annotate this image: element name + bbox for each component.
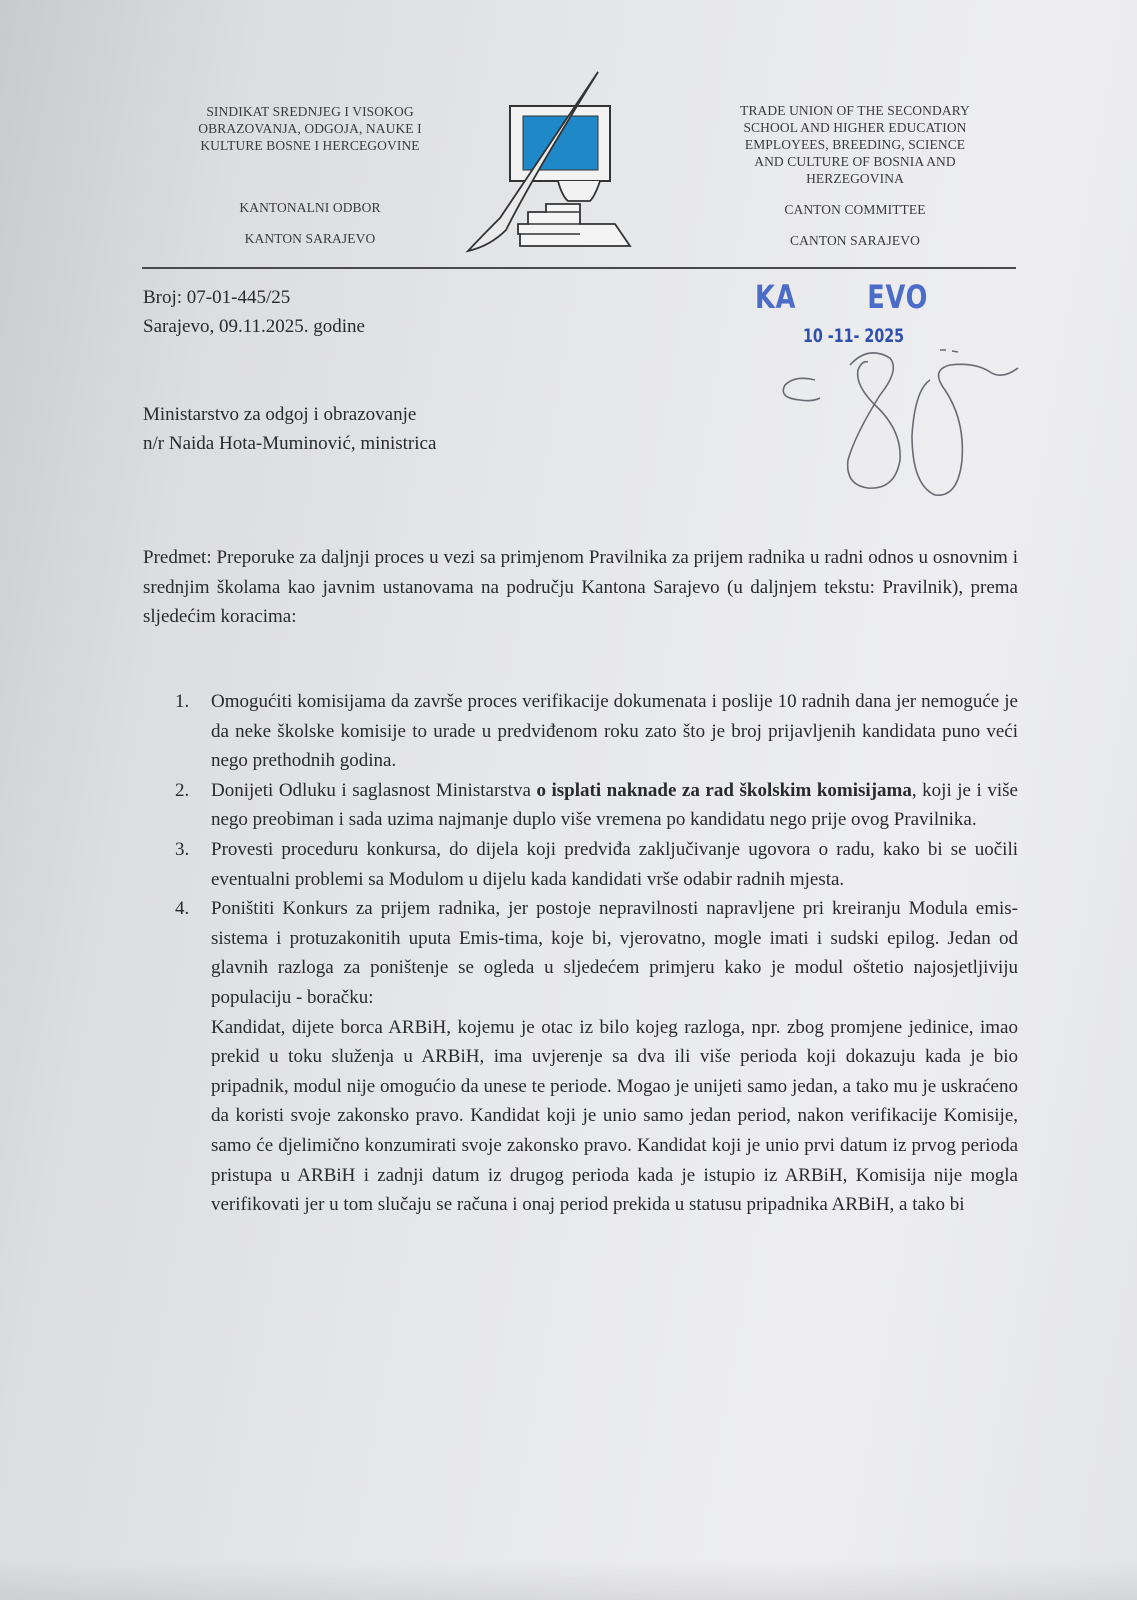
recipient-block: Ministarstvo za odgoj i obrazovanje n/r … [143,400,436,458]
committee-label: KANTONALNI ODBOR [165,199,455,216]
reference-number: Broj: 07-01-445/25 [143,283,365,312]
item-text-emphasis: o isplati naknade za rad školskim komisi… [536,780,911,801]
canton-label: KANTON SARAJEVO [165,230,455,247]
list-item: 4. Poništiti Konkurs za prijem radnika, … [175,894,1018,1220]
item-text: Provesti proceduru konkursa, do dijela k… [211,835,1018,894]
list-item: 2. Donijeti Odluku i saglasnost Ministar… [175,776,1018,835]
org-name-line: KULTURE BOSNE I HERCEGOVINE [165,137,455,154]
letterhead-right: TRADE UNION OF THE SECONDARY SCHOOL AND … [710,102,1000,249]
computer-and-quill-logo-icon [440,68,660,258]
item-text: Omogućiti komisijama da završe proces ve… [211,687,1018,776]
list-item: 3. Provesti proceduru konkursa, do dijel… [175,835,1018,894]
recipient-institution: Ministarstvo za odgoj i obrazovanje [143,400,436,429]
header-divider [142,267,1016,269]
received-stamp: KA EVO 10 -11- 2025 [740,270,1030,510]
letterhead-left: SINDIKAT SREDNJEG I VISOKOG OBRAZOVANJA,… [165,103,455,247]
canton-label: CANTON SARAJEVO [710,232,1000,249]
org-name-line: SINDIKAT SREDNJEG I VISOKOG [165,103,455,120]
recommendations-list: 1. Omogućiti komisijama da završe proces… [175,687,1018,1220]
list-item: 1. Omogućiti komisijama da završe proces… [175,687,1018,776]
item-number: 4. [175,894,189,924]
item-number: 3. [175,835,189,865]
item-continuation: Kandidat, dijete borca ARBiH, kojemu je … [211,1013,1018,1220]
org-name-line: EMPLOYEES, BREEDING, SCIENCE [710,136,1000,153]
recipient-person: n/r Naida Hota-Muminović, ministrica [143,429,436,458]
committee-label: CANTON COMMITTEE [710,201,1000,218]
document-page: SINDIKAT SREDNJEG I VISOKOG OBRAZOVANJA,… [0,0,1137,1600]
item-text-part: Donijeti Odluku i saglasnost Ministarstv… [211,780,536,801]
org-name-line: OBRAZOVANJA, ODGOJA, NAUKE I [165,120,455,137]
place-and-date: Sarajevo, 09.11.2025. godine [143,312,365,341]
item-number: 2. [175,776,189,806]
document-meta: Broj: 07-01-445/25 Sarajevo, 09.11.2025.… [143,283,365,341]
item-text: Donijeti Odluku i saglasnost Ministarstv… [211,776,1018,835]
handwritten-signature-icon [740,270,1030,510]
item-text: Poništiti Konkurs za prijem radnika, jer… [211,894,1018,1012]
item-number: 1. [175,687,189,717]
org-name-line: AND CULTURE OF BOSNIA AND [710,153,1000,170]
org-name-line: SCHOOL AND HIGHER EDUCATION [710,119,1000,136]
org-name-line: TRADE UNION OF THE SECONDARY [710,102,1000,119]
subject-paragraph: Predmet: Preporuke za daljnji proces u v… [143,543,1018,632]
page-edge-shadow [0,1560,1137,1600]
org-name-line: HERZEGOVINA [710,170,1000,187]
